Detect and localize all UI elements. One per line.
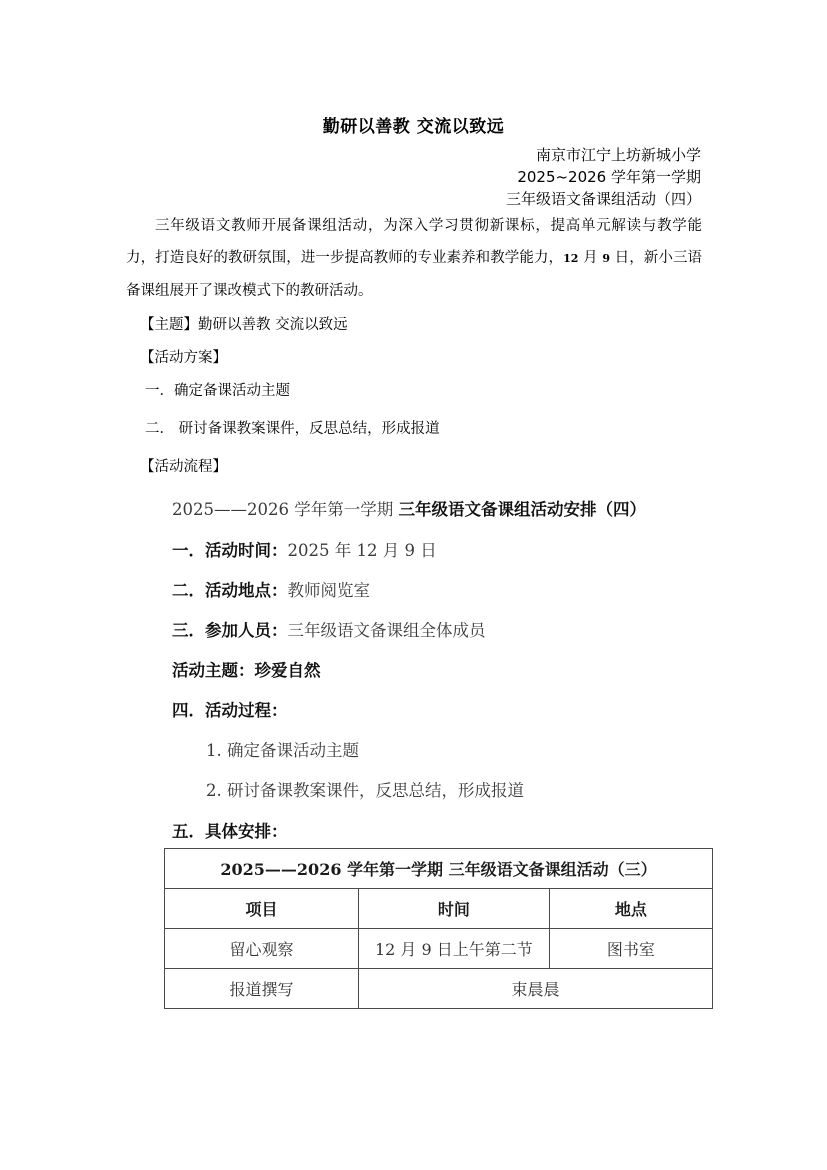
- table-row: 报道撰写 束晨晨: [165, 969, 713, 1009]
- plan-heading: 【活动方案】: [140, 346, 227, 367]
- cell-writer: 束晨晨: [359, 969, 713, 1009]
- schedule-item-time: 一．活动时间：2025 年 12 月 9 日: [172, 537, 437, 561]
- activity-name: 三年级语文备课组活动（四）: [506, 188, 701, 209]
- header-location: 地点: [549, 889, 712, 929]
- process-heading: 四．活动过程：: [172, 697, 288, 721]
- participants-label: 三．参加人员：: [172, 621, 288, 640]
- schedule-theme: 活动主题：珍爱自然: [172, 657, 321, 681]
- school-term: 2025~2026 学年第一学期: [517, 166, 701, 187]
- process-step-2: 2. 研讨备课教案课件，反思总结，形成报道: [206, 777, 524, 801]
- activity-schedule-image: 2025——2026 学年第一学期 三年级语文备课组活动安排（四） 一．活动时间…: [160, 488, 720, 1018]
- schedule-item-location: 二．活动地点：教师阅览室: [172, 577, 370, 601]
- time-label: 一．活动时间：: [172, 541, 288, 560]
- table-header-row: 项目 时间 地点: [165, 889, 713, 929]
- arrangement-heading: 五．具体安排：: [172, 818, 288, 842]
- arrangement-table: 2025——2026 学年第一学期 三年级语文备课组活动（三） 项目 时间 地点…: [164, 848, 713, 1009]
- participants-value: 三年级语文备课组全体成员: [288, 621, 486, 640]
- school-name: 南京市江宁上坊新城小学: [536, 144, 701, 165]
- intro-month-label: 月: [578, 250, 602, 266]
- table-row: 留心观察 12 月 9 日上午第二节 图书室: [165, 929, 713, 969]
- schedule-heading: 2025——2026 学年第一学期 三年级语文备课组活动安排（四）: [172, 496, 646, 520]
- schedule-item-participants: 三．参加人员：三年级语文备课组全体成员: [172, 617, 486, 641]
- cell-time: 12 月 9 日上午第二节: [359, 929, 550, 969]
- plan-item-2: 二． 研讨备课教案课件，反思总结，形成报道: [145, 417, 440, 438]
- schedule-heading-title: 三年级语文备课组活动安排（四）: [398, 500, 646, 519]
- cell-item: 留心观察: [165, 929, 359, 969]
- theme-line: 【主题】勤研以善教 交流以致远: [140, 313, 348, 334]
- cell-item: 报道撰写: [165, 969, 359, 1009]
- time-value: 2025 年 12 月 9 日: [288, 541, 437, 560]
- document-title: 勤研以善教 交流以致远: [0, 112, 827, 137]
- location-label: 二．活动地点：: [172, 581, 288, 600]
- plan-item-1: 一．确定备课活动主题: [145, 379, 290, 400]
- flow-heading: 【活动流程】: [140, 455, 227, 476]
- intro-day-number: 9: [602, 252, 610, 265]
- header-time: 时间: [359, 889, 550, 929]
- intro-paragraph: 三年级语文教师开展备课组活动，为深入学习贯彻新课标，提高单元解读与教学能力，打造…: [126, 210, 702, 307]
- cell-location: 图书室: [549, 929, 712, 969]
- process-step-1: 1. 确定备课活动主题: [206, 737, 359, 761]
- header-item: 项目: [165, 889, 359, 929]
- location-value: 教师阅览室: [288, 581, 371, 600]
- schedule-heading-term: 2025——2026 学年第一学期: [172, 500, 398, 519]
- intro-month-number: 12: [563, 252, 578, 265]
- table-caption: 2025——2026 学年第一学期 三年级语文备课组活动（三）: [165, 849, 713, 889]
